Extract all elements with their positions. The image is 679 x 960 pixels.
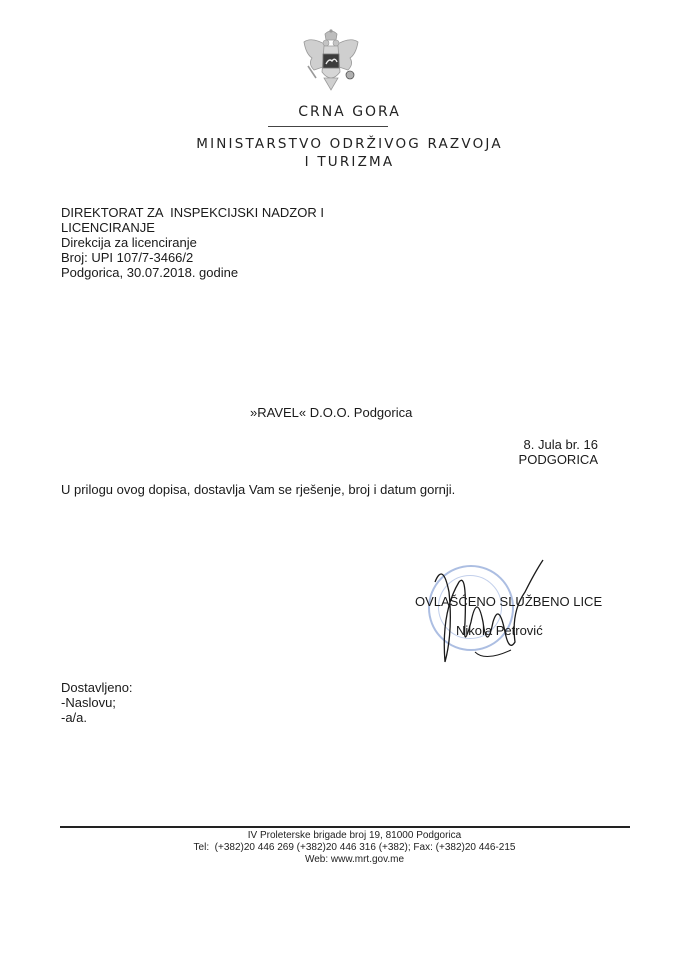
footer-address: IV Proleterske brigade broj 19, 81000 Po… [60,830,649,842]
recipient-city: PODGORICA [519,452,598,467]
delivery-label: Dostavljeno: [61,680,133,695]
ministry-name-line2: I TURIZMA [10,154,679,170]
delivery-item: -a/a. [61,710,133,725]
footer-phone: Tel: (+382)20 446 269 (+382)20 446 316 (… [60,842,649,854]
place-date: Podgorica, 30.07.2018. godine [61,265,324,280]
header-divider [268,126,388,127]
delivery-item: -Naslovu; [61,695,133,710]
signatory-title: OVLAŠĆENO SLUŽBENO LICE [415,594,602,609]
recipient-street: 8. Jula br. 16 [519,437,598,452]
department: Direkcija za licenciranje [61,235,324,250]
signatory-name: Nikola Petrović [456,623,543,638]
handwritten-signature [415,552,555,682]
directorate-line2: LICENCIRANJE [61,220,324,235]
ministry-name-line1: MINISTARSTVO ODRŽIVOG RAZVOJA [10,136,679,152]
recipient-name: »RAVEL« D.O.O. Podgorica [250,405,412,420]
country-name: CRNA GORA [10,104,679,120]
sender-block: DIREKTORAT ZA INSPEKCIJSKI NADZOR I LICE… [61,205,324,280]
directorate-line1: DIREKTORAT ZA INSPEKCIJSKI NADZOR I [61,205,324,220]
footer: IV Proleterske brigade broj 19, 81000 Po… [0,830,679,866]
delivery-list: Dostavljeno: -Naslovu; -a/a. [61,680,133,725]
reference-number: Broj: UPI 107/7-3466/2 [61,250,324,265]
letter-body: U prilogu ovog dopisa, dostavlja Vam se … [61,482,455,497]
coat-of-arms-icon [298,28,364,98]
footer-web: Web: www.mrt.gov.me [60,854,649,866]
footer-divider [60,826,630,828]
recipient-address: 8. Jula br. 16 PODGORICA [519,437,598,467]
